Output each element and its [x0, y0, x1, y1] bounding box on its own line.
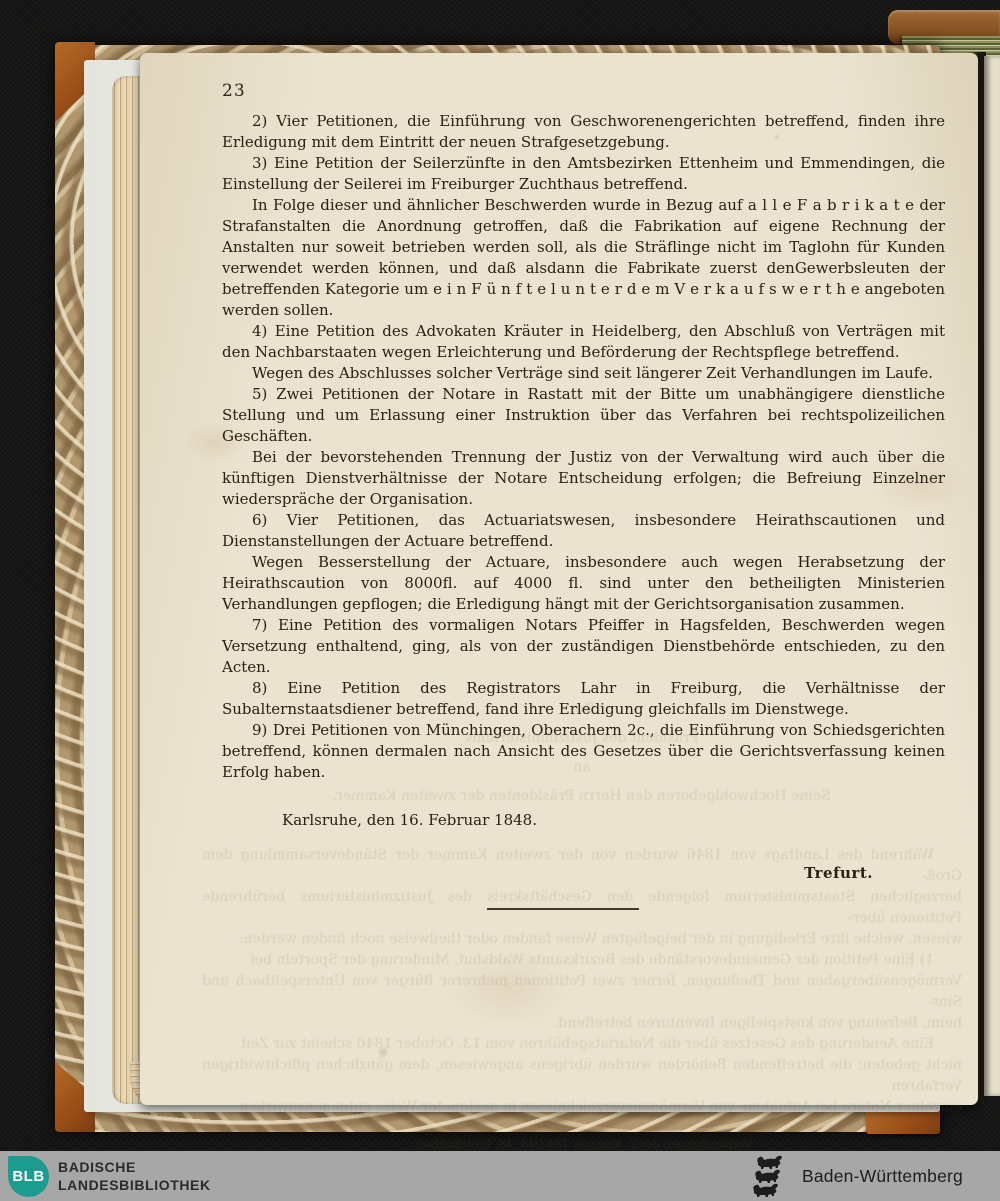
bleedthrough-line: Während des Landtags von 1846 wurden von… — [202, 845, 962, 887]
library-footer-bar: BLB BADISCHE LANDESBIBLIOTHEK Baden-Würt… — [0, 1151, 1000, 1201]
bleedthrough-line: Seine Hochwohlgeboren den Herrn Präsiden… — [202, 786, 962, 807]
bleedthrough-address: Der Präsident des Justizministeriums an … — [202, 699, 962, 807]
page-number: 23 — [222, 81, 246, 101]
bleedthrough-line: an — [202, 757, 962, 778]
paragraph: 3) Eine Petition der Seilerzünfte in den… — [222, 153, 945, 195]
bleedthrough-line: Präsident des Justizministeriums — [202, 728, 962, 749]
library-name: BADISCHE LANDESBIBLIOTHEK — [58, 1158, 211, 1194]
blb-logo: BLB — [8, 1156, 49, 1197]
library-name-line2: LANDESBIBLIOTHEK — [58, 1176, 211, 1194]
paragraph: 6) Vier Petitionen, das Actuariatswesen,… — [222, 510, 945, 552]
bleedthrough-line: wiesen, welche ihre Erledigung in der be… — [202, 929, 962, 950]
bleedthrough-body: Während des Landtags von 1846 wurden von… — [202, 845, 962, 1118]
bleedthrough-line: 1) Eine Petition der Gemeindevorstände d… — [202, 950, 962, 971]
library-name-line1: BADISCHE — [58, 1158, 211, 1176]
bleedthrough-line: Eine Aenderung des Gesetzes über die Not… — [202, 1034, 962, 1055]
state-branding: Baden-Württemberg — [752, 1151, 963, 1201]
bleedthrough-line: Der — [202, 699, 962, 720]
paragraph: 4) Eine Petition des Advokaten Kräuter i… — [222, 321, 945, 363]
scan-viewport: 23 2) Vier Petitionen, die Einführung vo… — [0, 0, 1000, 1201]
state-name: Baden-Württemberg — [802, 1166, 963, 1187]
bleedthrough-line: herzoglichen Staatsministerium folgende … — [202, 887, 962, 929]
paragraph: Wegen Besserstellung der Actuare, insbes… — [222, 552, 945, 615]
paragraph: Bei der bevorstehenden Trennung der Just… — [222, 447, 945, 510]
bleedthrough-line: Vermögensübergaben und Theilungen, ferne… — [202, 971, 962, 1013]
paragraph: In Folge dieser und ähnlicher Beschwerde… — [222, 195, 945, 321]
facing-page-sliver — [984, 56, 1000, 1096]
blb-logo-text: BLB — [12, 1168, 44, 1185]
scanned-page: 23 2) Vier Petitionen, die Einführung vo… — [140, 53, 978, 1105]
verso-bleedthrough: Der Präsident des Justizministeriums an … — [202, 641, 962, 1155]
paragraph: 5) Zwei Petitionen der Notare in Rastatt… — [222, 384, 945, 447]
baden-wuerttemberg-lions-icon — [752, 1154, 792, 1198]
paragraph: 2) Vier Petitionen, die Einführung von G… — [222, 111, 945, 153]
bleedthrough-line: heim, Befreiung von kostspieligen Invent… — [202, 1013, 962, 1034]
paragraph: Wegen des Abschlusses solcher Verträge s… — [222, 363, 945, 384]
bleedthrough-line: nicht geboten; die betreffenden Behörden… — [202, 1055, 962, 1097]
bleedthrough-line: einzelner Notare bei Aufnahme von Vermög… — [202, 1097, 962, 1118]
